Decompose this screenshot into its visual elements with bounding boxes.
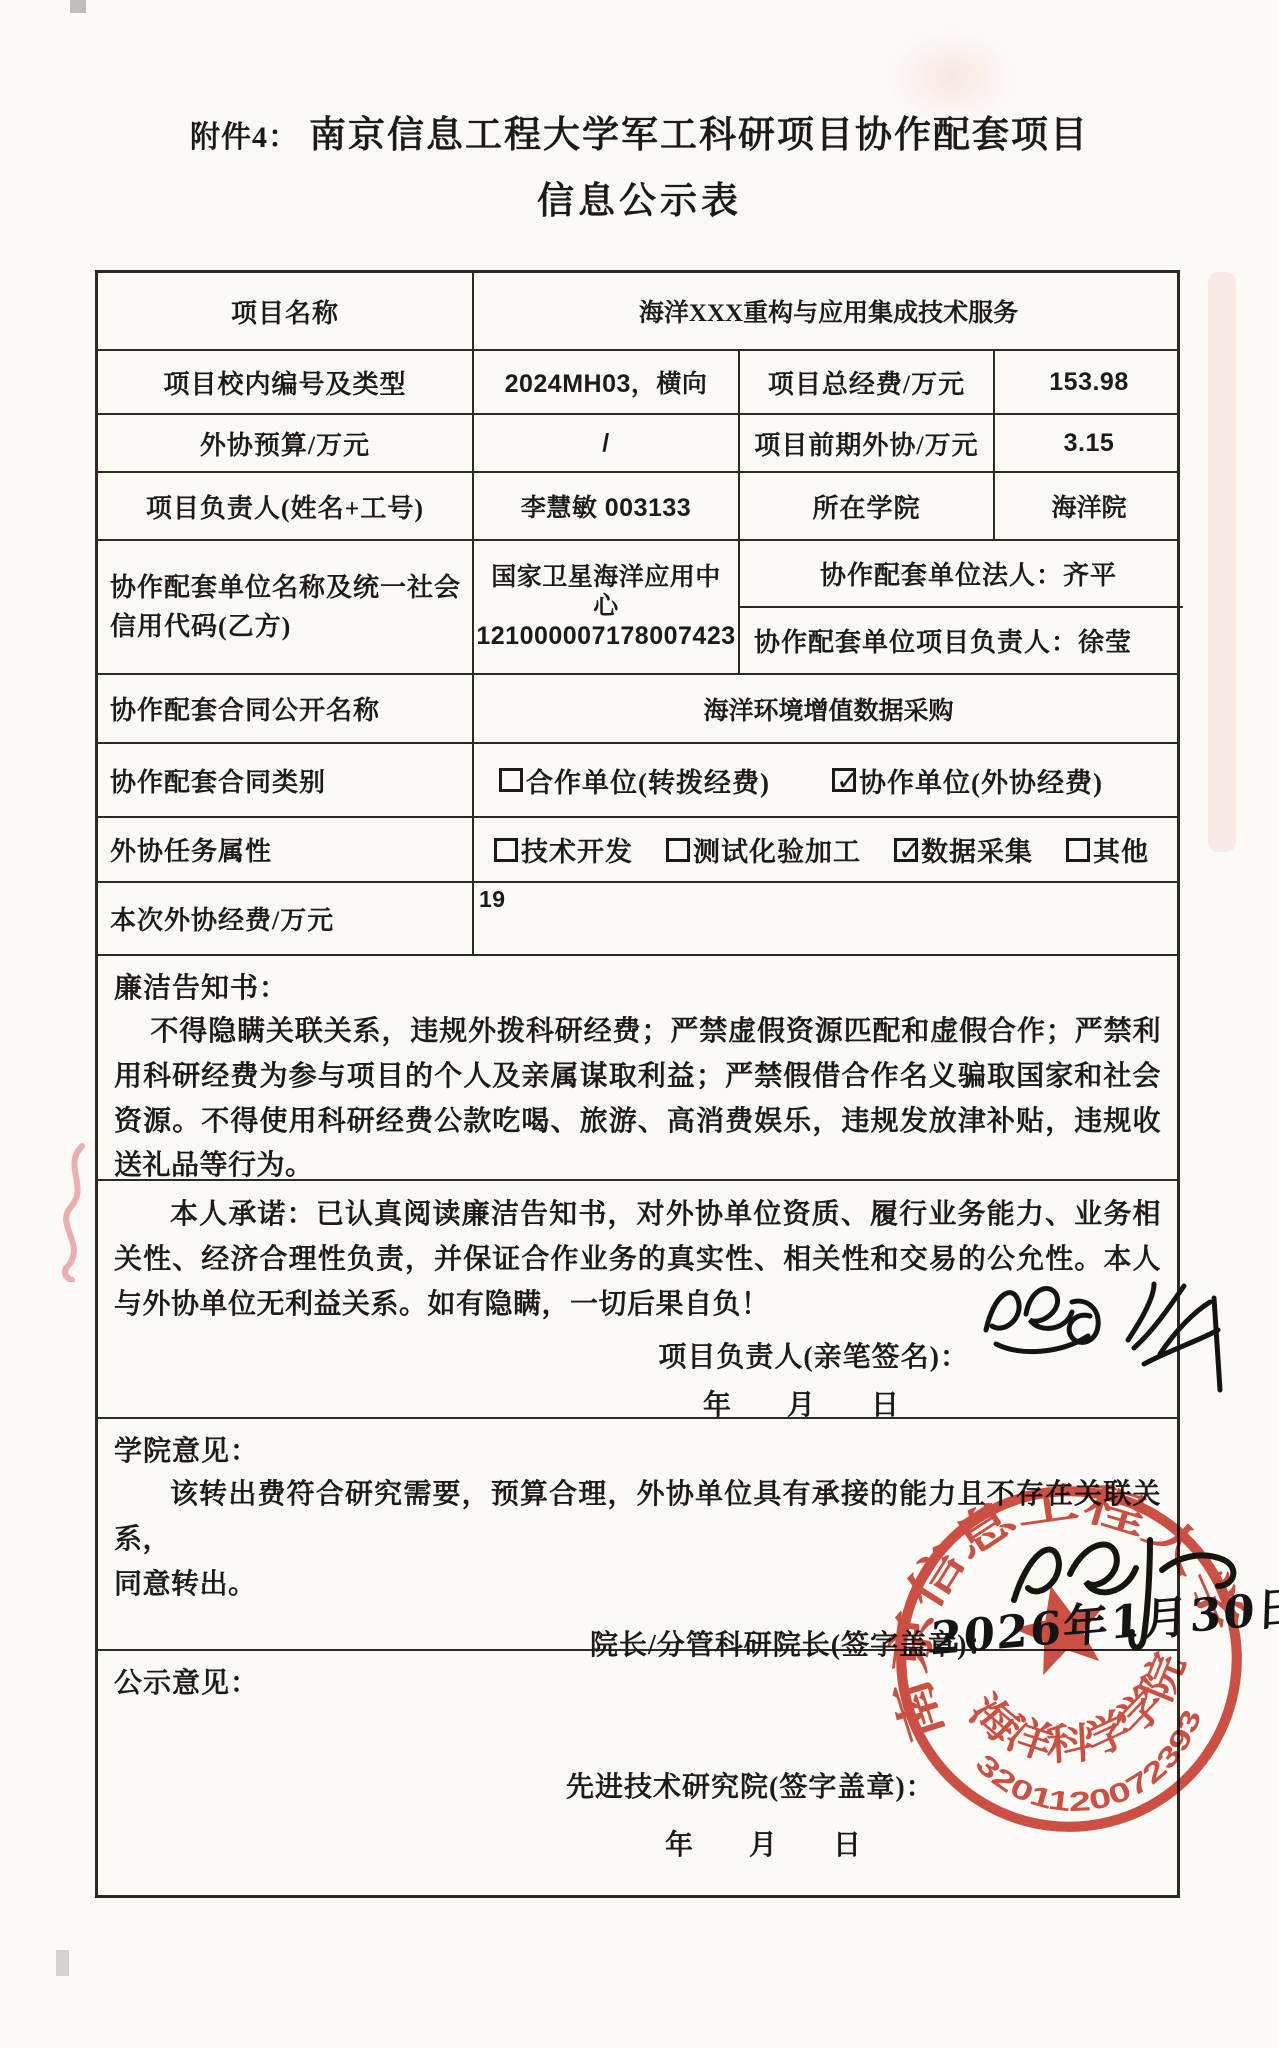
task-attribute-options: 技术开发 测试化验加工 数据采集 其他: [472, 818, 1183, 881]
task-attribute-label: 外协任务属性: [98, 818, 472, 881]
partner-credit-code: 121000007178007423: [476, 622, 735, 651]
row-project-code: 项目校内编号及类型 2024MH03，横向 项目总经费/万元 153.98: [98, 349, 1177, 413]
prior-outsource-value: 3.15: [993, 415, 1183, 471]
partner-name: 国家卫星海洋应用中心: [480, 563, 732, 621]
checkbox-icon[interactable]: [1066, 838, 1090, 862]
option-label: 合作单位(转拨经费): [526, 761, 770, 800]
partner-name-code: 国家卫星海洋应用中心 121000007178007423: [472, 541, 738, 673]
college-value: 海洋院: [993, 473, 1183, 539]
project-name-label: 项目名称: [98, 273, 472, 349]
row-partner-unit: 协作配套单位名称及统一社会信用代码(乙方) 国家卫星海洋应用中心 1210000…: [98, 539, 1177, 673]
row-project-name: 项目名称 海洋XXX重构与应用集成技术服务: [98, 273, 1177, 349]
option-other: 其他: [1066, 830, 1149, 869]
contract-public-name-label: 协作配套合同公开名称: [98, 675, 472, 742]
commitment-sign-label: 项目负责人(亲笔签名)：: [114, 1335, 1161, 1375]
date-unit-day: 日: [871, 1383, 899, 1423]
checkbox-icon[interactable]: [499, 768, 523, 792]
date-unit-month: 月: [749, 1823, 777, 1863]
row-task-attribute: 外协任务属性 技术开发 测试化验加工 数据采集 其他: [98, 816, 1177, 881]
current-outsource-fund-label: 本次外协经费/万元: [98, 883, 472, 954]
college-label: 所在学院: [738, 473, 993, 539]
integrity-heading: 廉洁告知书：: [114, 966, 1161, 1006]
option-label: 技术开发: [521, 830, 633, 869]
checkbox-icon[interactable]: [666, 838, 690, 862]
outsource-budget-value: /: [472, 415, 738, 471]
date-unit-year: 年: [703, 1383, 731, 1423]
partner-label: 协作配套单位名称及统一社会信用代码(乙方): [98, 541, 472, 673]
project-name-value: 海洋XXX重构与应用集成技术服务: [472, 273, 1183, 349]
option-label: 数据采集: [921, 830, 1033, 869]
contract-type-options: 合作单位(转拨经费) 协作单位(外协经费): [472, 744, 1183, 816]
commitment-body: 本人承诺：已认真阅读廉洁告知书，对外协单位资质、履行业务能力、业务相关性、经济合…: [114, 1193, 1161, 1327]
total-fund-value: 153.98: [993, 351, 1183, 413]
leader-label: 项目负责人(姓名+工号): [98, 473, 472, 539]
option-label: 协作单位(外协经费): [859, 761, 1103, 800]
row-outsource-budget: 外协预算/万元 / 项目前期外协/万元 3.15: [98, 413, 1177, 471]
row-contract-type: 协作配套合同类别 合作单位(转拨经费) 协作单位(外协经费): [98, 742, 1177, 816]
project-code-value: 2024MH03，横向: [472, 351, 738, 413]
date-unit-month: 月: [787, 1383, 815, 1423]
contract-public-name-value: 海洋环境增值数据采购: [472, 675, 1183, 742]
partner-right-cell: 协作配套单位法人：齐平 协作配套单位项目负责人：徐莹: [738, 541, 1183, 673]
date-unit-year: 年: [665, 1823, 693, 1863]
contract-type-label: 协作配套合同类别: [98, 744, 472, 816]
scan-artifact-right-strip: [1208, 272, 1236, 852]
prior-outsource-label: 项目前期外协/万元: [738, 415, 993, 471]
option-cooperation-unit: 合作单位(转拨经费): [499, 761, 770, 800]
college-opinion-heading: 学院意见：: [114, 1429, 1161, 1469]
option-data-collection: 数据采集: [894, 830, 1033, 869]
option-tech-development: 技术开发: [494, 830, 633, 869]
checkbox-icon[interactable]: [494, 838, 518, 862]
scanned-form-page: 附件4：南京信息工程大学军工科研项目协作配套项目 信息公示表 项目名称 海洋XX…: [0, 0, 1279, 2048]
form-title-line1: 附件4：南京信息工程大学军工科研项目协作配套项目: [0, 104, 1279, 158]
option-test-processing: 测试化验加工: [666, 830, 861, 869]
scan-artifact-bottom: [56, 1950, 69, 1976]
scan-artifact-top-smudge: [886, 28, 1016, 128]
form-title-line2: 信息公示表: [0, 170, 1279, 224]
integrity-body: 不得隐瞒关联关系，违规外拨科研经费；严禁虚假资源匹配和虚假合作；严禁利用科研经费…: [114, 1010, 1161, 1189]
attachment-label: 附件4：: [190, 121, 299, 154]
scan-artifact-corner: [70, 0, 86, 13]
row-contract-public-name: 协作配套合同公开名称 海洋环境增值数据采购: [98, 673, 1177, 742]
date-unit-day: 日: [833, 1823, 861, 1863]
project-code-label: 项目校内编号及类型: [98, 351, 472, 413]
current-outsource-fund-value: 19: [472, 883, 1183, 954]
option-label: 其他: [1093, 830, 1149, 869]
row-project-leader: 项目负责人(姓名+工号) 李慧敏 003133 所在学院 海洋院: [98, 471, 1177, 539]
scan-artifact-left-scribble: [52, 1142, 98, 1282]
partner-project-leader: 协作配套单位项目负责人：徐莹: [740, 606, 1183, 673]
row-current-outsource-fund: 本次外协经费/万元 19: [98, 881, 1177, 954]
option-label: 测试化验加工: [693, 830, 861, 869]
total-fund-label: 项目总经费/万元: [738, 351, 993, 413]
section-commitment: 本人承诺：已认真阅读廉洁告知书，对外协单位资质、履行业务能力、业务相关性、经济合…: [98, 1179, 1177, 1417]
option-collaboration-unit: 协作单位(外协经费): [832, 761, 1103, 800]
checkbox-icon[interactable]: [894, 838, 918, 862]
outsource-budget-label: 外协预算/万元: [98, 415, 472, 471]
section-integrity-notice: 廉洁告知书： 不得隐瞒关联关系，违规外拨科研经费；严禁虚假资源匹配和虚假合作；严…: [98, 954, 1177, 1179]
leader-value: 李慧敏 003133: [472, 473, 738, 539]
partner-legal-person: 协作配套单位法人：齐平: [740, 541, 1183, 606]
checkbox-icon[interactable]: [832, 768, 856, 792]
